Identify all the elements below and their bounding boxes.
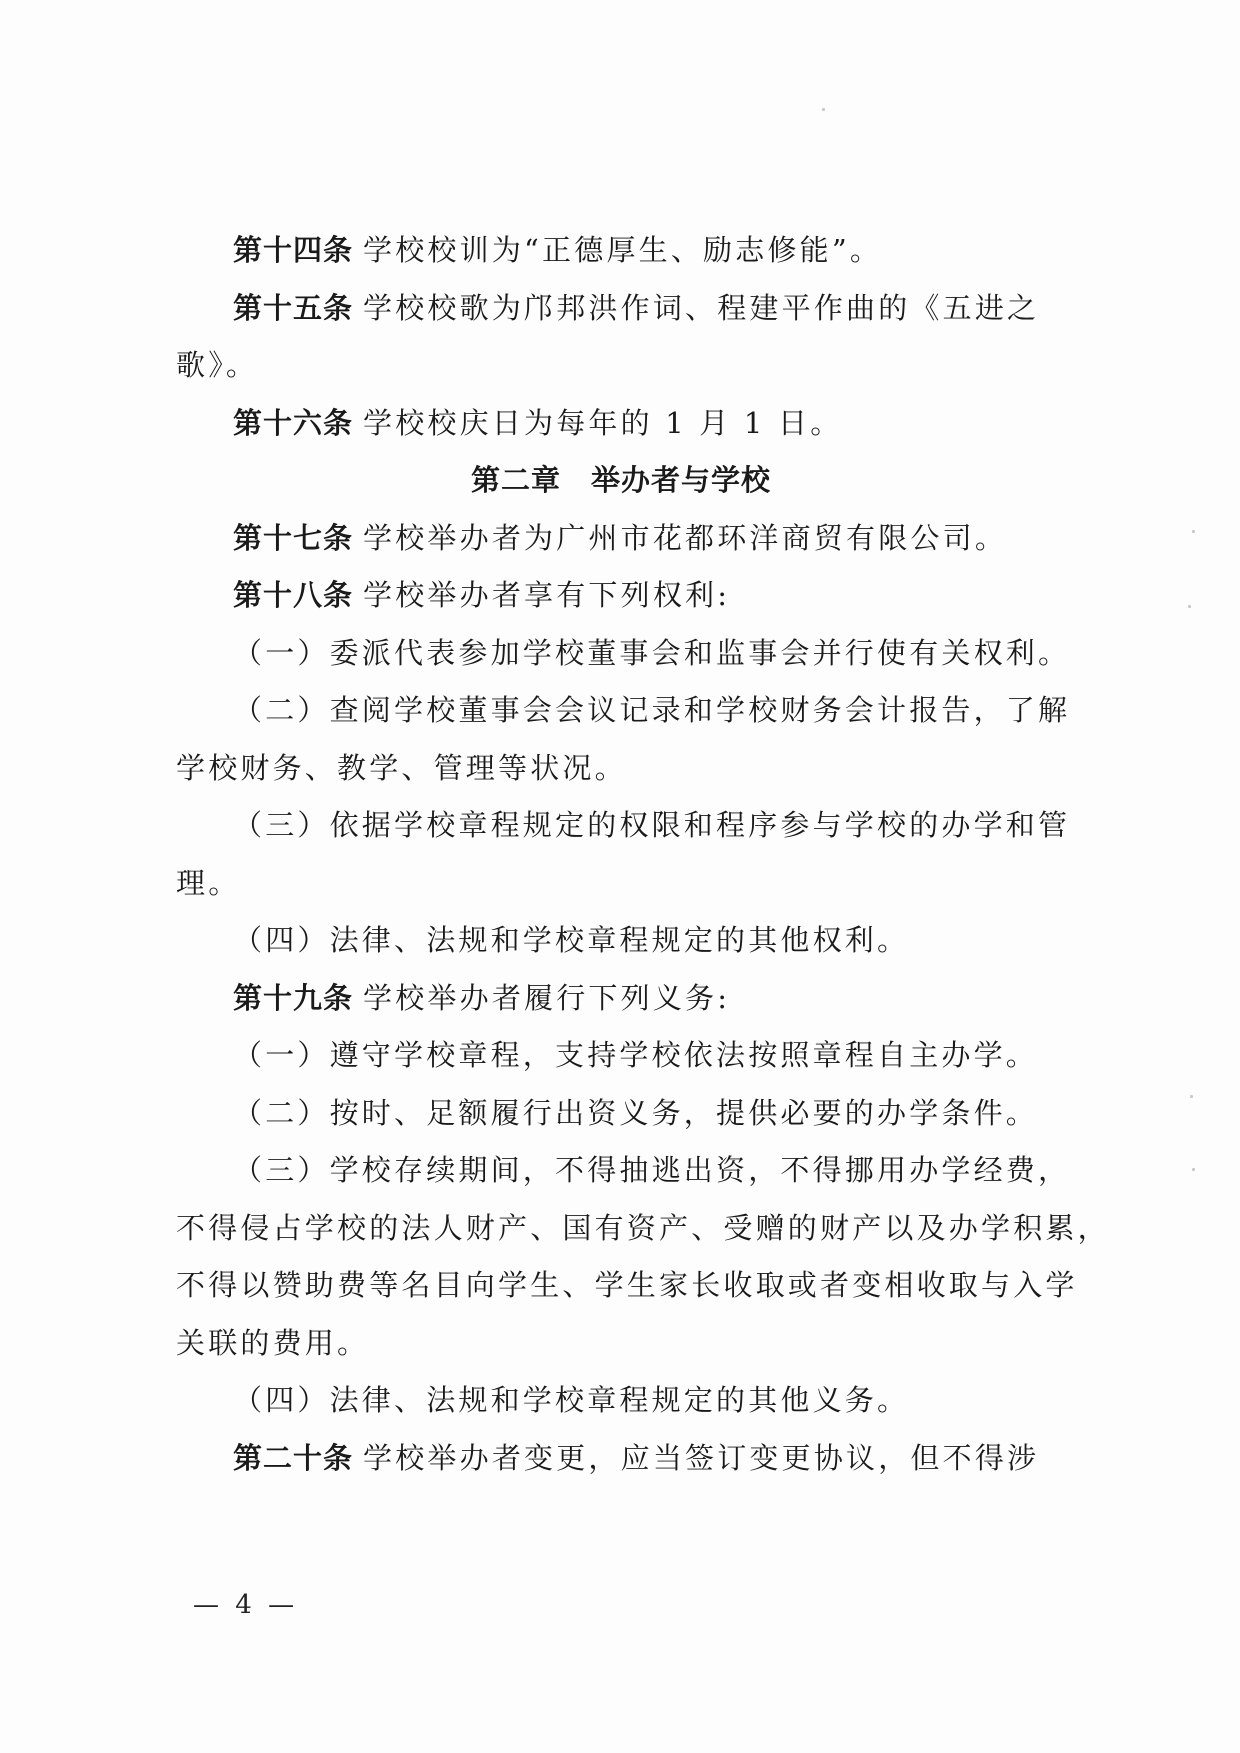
document-body: 第十四条学校校训为“正德厚生、励志修能”。 第十五条学校校歌为邝邦洪作词、程建平… <box>176 222 1066 1487</box>
list-item-text: （二）查阅学校董事会会议记录和学校财务会计报告，了解 <box>233 693 1070 727</box>
scan-artifact <box>1192 1168 1195 1171</box>
list-item-text: 不得以赞助费等名目向学生、学生家长收取或者变相收取与入学 <box>176 1268 1078 1302</box>
article-15: 第十五条学校校歌为邝邦洪作词、程建平作曲的《五进之 <box>176 280 1066 338</box>
scan-artifact <box>1190 1095 1193 1098</box>
chapter-title: 举办者与学校 <box>591 463 771 497</box>
article-18-item-4: （四）法律、法规和学校章程规定的其他权利。 <box>176 912 1066 970</box>
article-label: 第十四条 <box>233 233 353 267</box>
list-item-text: 理。 <box>176 866 240 900</box>
article-18-item-2-continuation: 学校财务、教学、管理等状况。 <box>176 740 1066 798</box>
article-18-item-3: （三）依据学校章程规定的权限和程序参与学校的办学和管 <box>176 797 1066 855</box>
list-item-text: （四）法律、法规和学校章程规定的其他义务。 <box>233 1383 909 1417</box>
article-text: 学校举办者享有下列权利: <box>363 578 730 612</box>
article-19: 第十九条学校举办者履行下列义务: <box>176 970 1066 1028</box>
scan-artifact <box>1192 530 1195 533</box>
article-text: 学校校歌为邝邦洪作词、程建平作曲的《五进之 <box>363 291 1039 325</box>
article-label: 第十五条 <box>233 291 353 325</box>
list-item-text: （一）委派代表参加学校董事会和监事会并行使有关权利。 <box>233 636 1070 670</box>
article-19-item-3-continuation: 不得侵占学校的法人财产、国有资产、受赠的财产以及办学积累， <box>176 1200 1066 1258</box>
article-17: 第十七条学校举办者为广州市花都环洋商贸有限公司。 <box>176 510 1066 568</box>
article-20: 第二十条学校举办者变更，应当签订变更协议，但不得涉 <box>176 1430 1066 1488</box>
article-19-item-3: （三）学校存续期间，不得抽逃出资，不得挪用办学经费， <box>176 1142 1066 1200</box>
article-text: 学校校训为“正德厚生、励志修能”。 <box>363 233 882 267</box>
document-page: 第十四条学校校训为“正德厚生、励志修能”。 第十五条学校校歌为邝邦洪作词、程建平… <box>0 0 1240 1753</box>
article-19-item-2: （二）按时、足额履行出资义务，提供必要的办学条件。 <box>176 1085 1066 1143</box>
page-number: — 4 — <box>193 1590 298 1620</box>
list-item-text: （三）依据学校章程规定的权限和程序参与学校的办学和管 <box>233 808 1070 842</box>
list-item-text: 关联的费用。 <box>176 1326 369 1360</box>
article-19-item-3-continuation-2: 不得以赞助费等名目向学生、学生家长收取或者变相收取与入学 <box>176 1257 1066 1315</box>
article-label: 第十七条 <box>233 521 353 555</box>
article-19-item-4: （四）法律、法规和学校章程规定的其他义务。 <box>176 1372 1066 1430</box>
article-text: 歌》。 <box>176 348 258 382</box>
article-text: 学校举办者变更，应当签订变更协议，但不得涉 <box>363 1441 1039 1475</box>
article-label: 第二十条 <box>233 1441 353 1475</box>
list-item-text: 学校财务、教学、管理等状况。 <box>176 751 627 785</box>
article-19-item-3-continuation-3: 关联的费用。 <box>176 1315 1066 1373</box>
article-15-continuation: 歌》。 <box>176 337 1066 395</box>
article-18-item-2: （二）查阅学校董事会会议记录和学校财务会计报告，了解 <box>176 682 1066 740</box>
chapter-heading: 第二章举办者与学校 <box>176 452 1066 510</box>
chapter-number: 第二章 <box>471 463 561 497</box>
list-item-text: （四）法律、法规和学校章程规定的其他权利。 <box>233 923 909 957</box>
article-18-item-3-continuation: 理。 <box>176 855 1066 913</box>
article-label: 第十九条 <box>233 981 353 1015</box>
article-16: 第十六条学校校庆日为每年的 1 月 1 日。 <box>176 395 1066 453</box>
article-19-item-1: （一）遵守学校章程，支持学校依法按照章程自主办学。 <box>176 1027 1066 1085</box>
article-18-item-1: （一）委派代表参加学校董事会和监事会并行使有关权利。 <box>176 625 1066 683</box>
scan-artifact <box>1188 605 1191 608</box>
list-item-text: 不得侵占学校的法人财产、国有资产、受赠的财产以及办学积累， <box>176 1211 1110 1245</box>
article-label: 第十八条 <box>233 578 353 612</box>
article-text: 学校校庆日为每年的 1 月 1 日。 <box>363 406 842 440</box>
article-text: 学校举办者为广州市花都环洋商贸有限公司。 <box>363 521 1007 555</box>
list-item-text: （三）学校存续期间，不得抽逃出资，不得挪用办学经费， <box>233 1153 1070 1187</box>
article-label: 第十六条 <box>233 406 353 440</box>
scan-artifact <box>822 108 825 111</box>
article-text: 学校举办者履行下列义务: <box>363 981 730 1015</box>
article-14: 第十四条学校校训为“正德厚生、励志修能”。 <box>176 222 1066 280</box>
list-item-text: （二）按时、足额履行出资义务，提供必要的办学条件。 <box>233 1096 1038 1130</box>
article-18: 第十八条学校举办者享有下列权利: <box>176 567 1066 625</box>
list-item-text: （一）遵守学校章程，支持学校依法按照章程自主办学。 <box>233 1038 1038 1072</box>
